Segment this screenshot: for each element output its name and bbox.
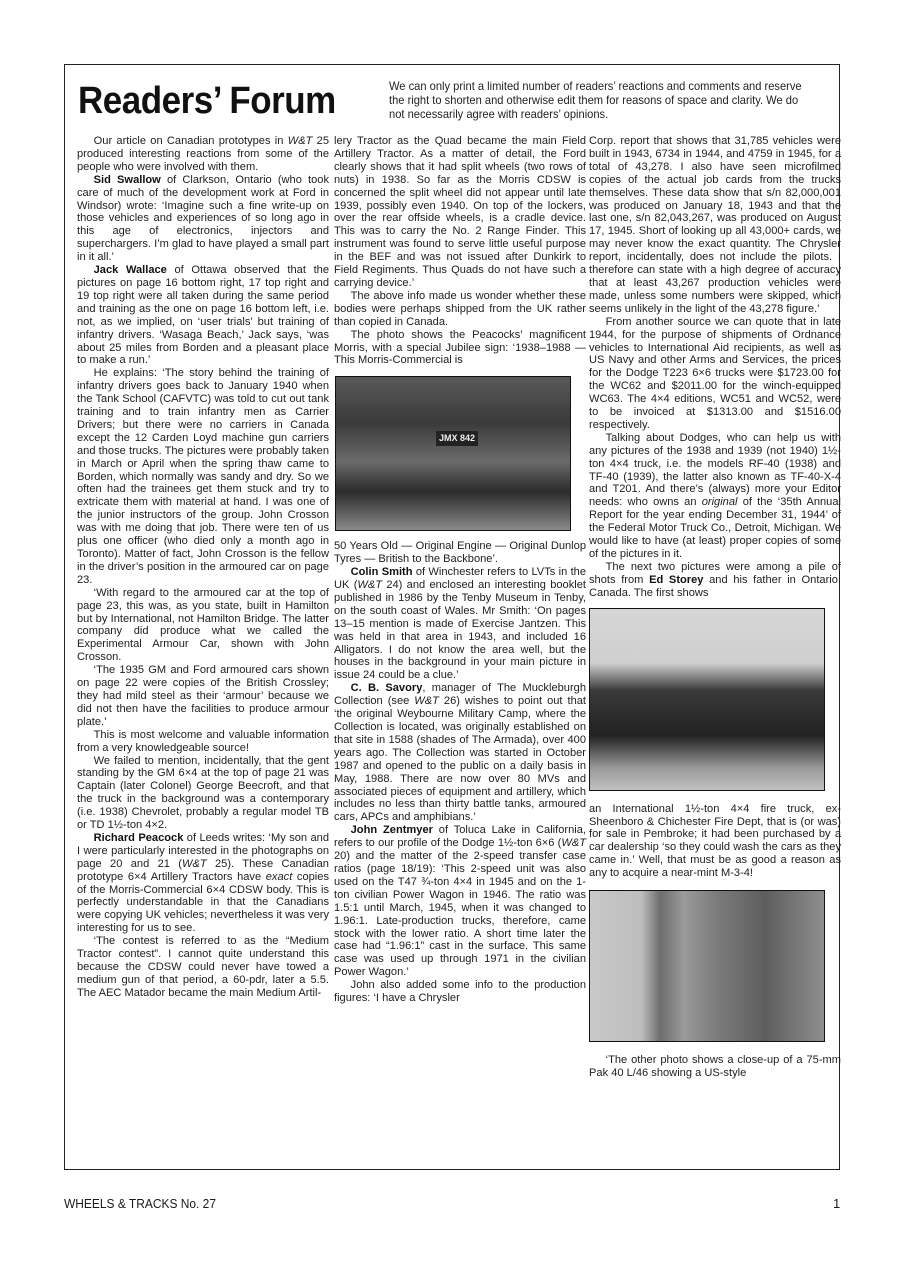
page-title: Readers’ Forum <box>78 78 336 124</box>
paragraph: lery Tractor as the Quad became the main… <box>334 135 586 290</box>
editorial-disclaimer: We can only print a limited number of re… <box>389 80 813 123</box>
author-name: Sid Swallow <box>94 174 161 186</box>
paragraph: From another source we can quote that in… <box>589 316 841 432</box>
paragraph: Talking about Dodges, who can help us wi… <box>589 432 841 561</box>
letter-cb-savory: C. B. Savory, manager of The Muckleburgh… <box>334 682 586 824</box>
column-2: lery Tractor as the Quad became the main… <box>334 135 586 1005</box>
paragraph: Corp. report that shows that 31,785 vehi… <box>589 135 841 316</box>
paragraph: The next two pictures were among a pile … <box>589 561 841 600</box>
letter-john-zentmyer: John Zentmyer of Toluca Lake in Californ… <box>334 824 586 979</box>
author-name: Colin Smith <box>351 566 413 578</box>
page-number: 1 <box>833 1196 840 1211</box>
paragraph: This is most welcome and valuable inform… <box>77 729 329 755</box>
photo-morris-commercial: JMX 842 <box>335 376 571 531</box>
paragraph: an International 1½-ton 4×4 fire truck, … <box>589 803 841 880</box>
author-name: John Zentmyer <box>351 824 433 836</box>
column-3: Corp. report that shows that 31,785 vehi… <box>589 135 841 1080</box>
paragraph: ‘The 1935 GM and Ford armoured cars show… <box>77 664 329 729</box>
column-1: Our article on Canadian prototypes in W&… <box>77 135 329 1000</box>
paragraph: Our article on Canadian prototypes in W&… <box>77 135 329 174</box>
letter-richard-peacock: Richard Peacock of Leeds writes: ‘My son… <box>77 832 329 935</box>
paragraph: The above info made us wonder whether th… <box>334 290 586 329</box>
paragraph: ‘The other photo shows a close-up of a 7… <box>589 1054 841 1080</box>
photo-international-fire-truck <box>589 608 825 791</box>
author-name: Richard Peacock <box>94 832 184 844</box>
letter-sid-swallow: Sid Swallow of Clarkson, Ontario (who to… <box>77 174 329 264</box>
paragraph: The photo shows the Peacocks’ magnificen… <box>334 329 586 368</box>
paragraph: John also added some info to the product… <box>334 979 586 1005</box>
letter-jack-wallace: Jack Wallace of Ottawa observed that the… <box>77 264 329 367</box>
author-name: C. B. Savory <box>351 682 423 694</box>
letter-colin-smith: Colin Smith of Winchester refers to LVTs… <box>334 566 586 682</box>
paragraph: ‘With regard to the armoured car at the … <box>77 587 329 664</box>
author-name: Jack Wallace <box>94 264 167 276</box>
photo-pak40-closeup <box>589 890 825 1042</box>
publication-footer: WHEELS & TRACKS No. 27 <box>64 1196 216 1211</box>
license-plate: JMX 842 <box>436 431 478 446</box>
paragraph: 50 Years Old — Original Engine — Origina… <box>334 540 586 566</box>
author-name: Ed Storey <box>649 574 703 586</box>
paragraph: We failed to mention, incidentally, that… <box>77 755 329 832</box>
paragraph: He explains: ‘The story behind the train… <box>77 367 329 586</box>
paragraph: ‘The contest is referred to as the “Medi… <box>77 935 329 1000</box>
